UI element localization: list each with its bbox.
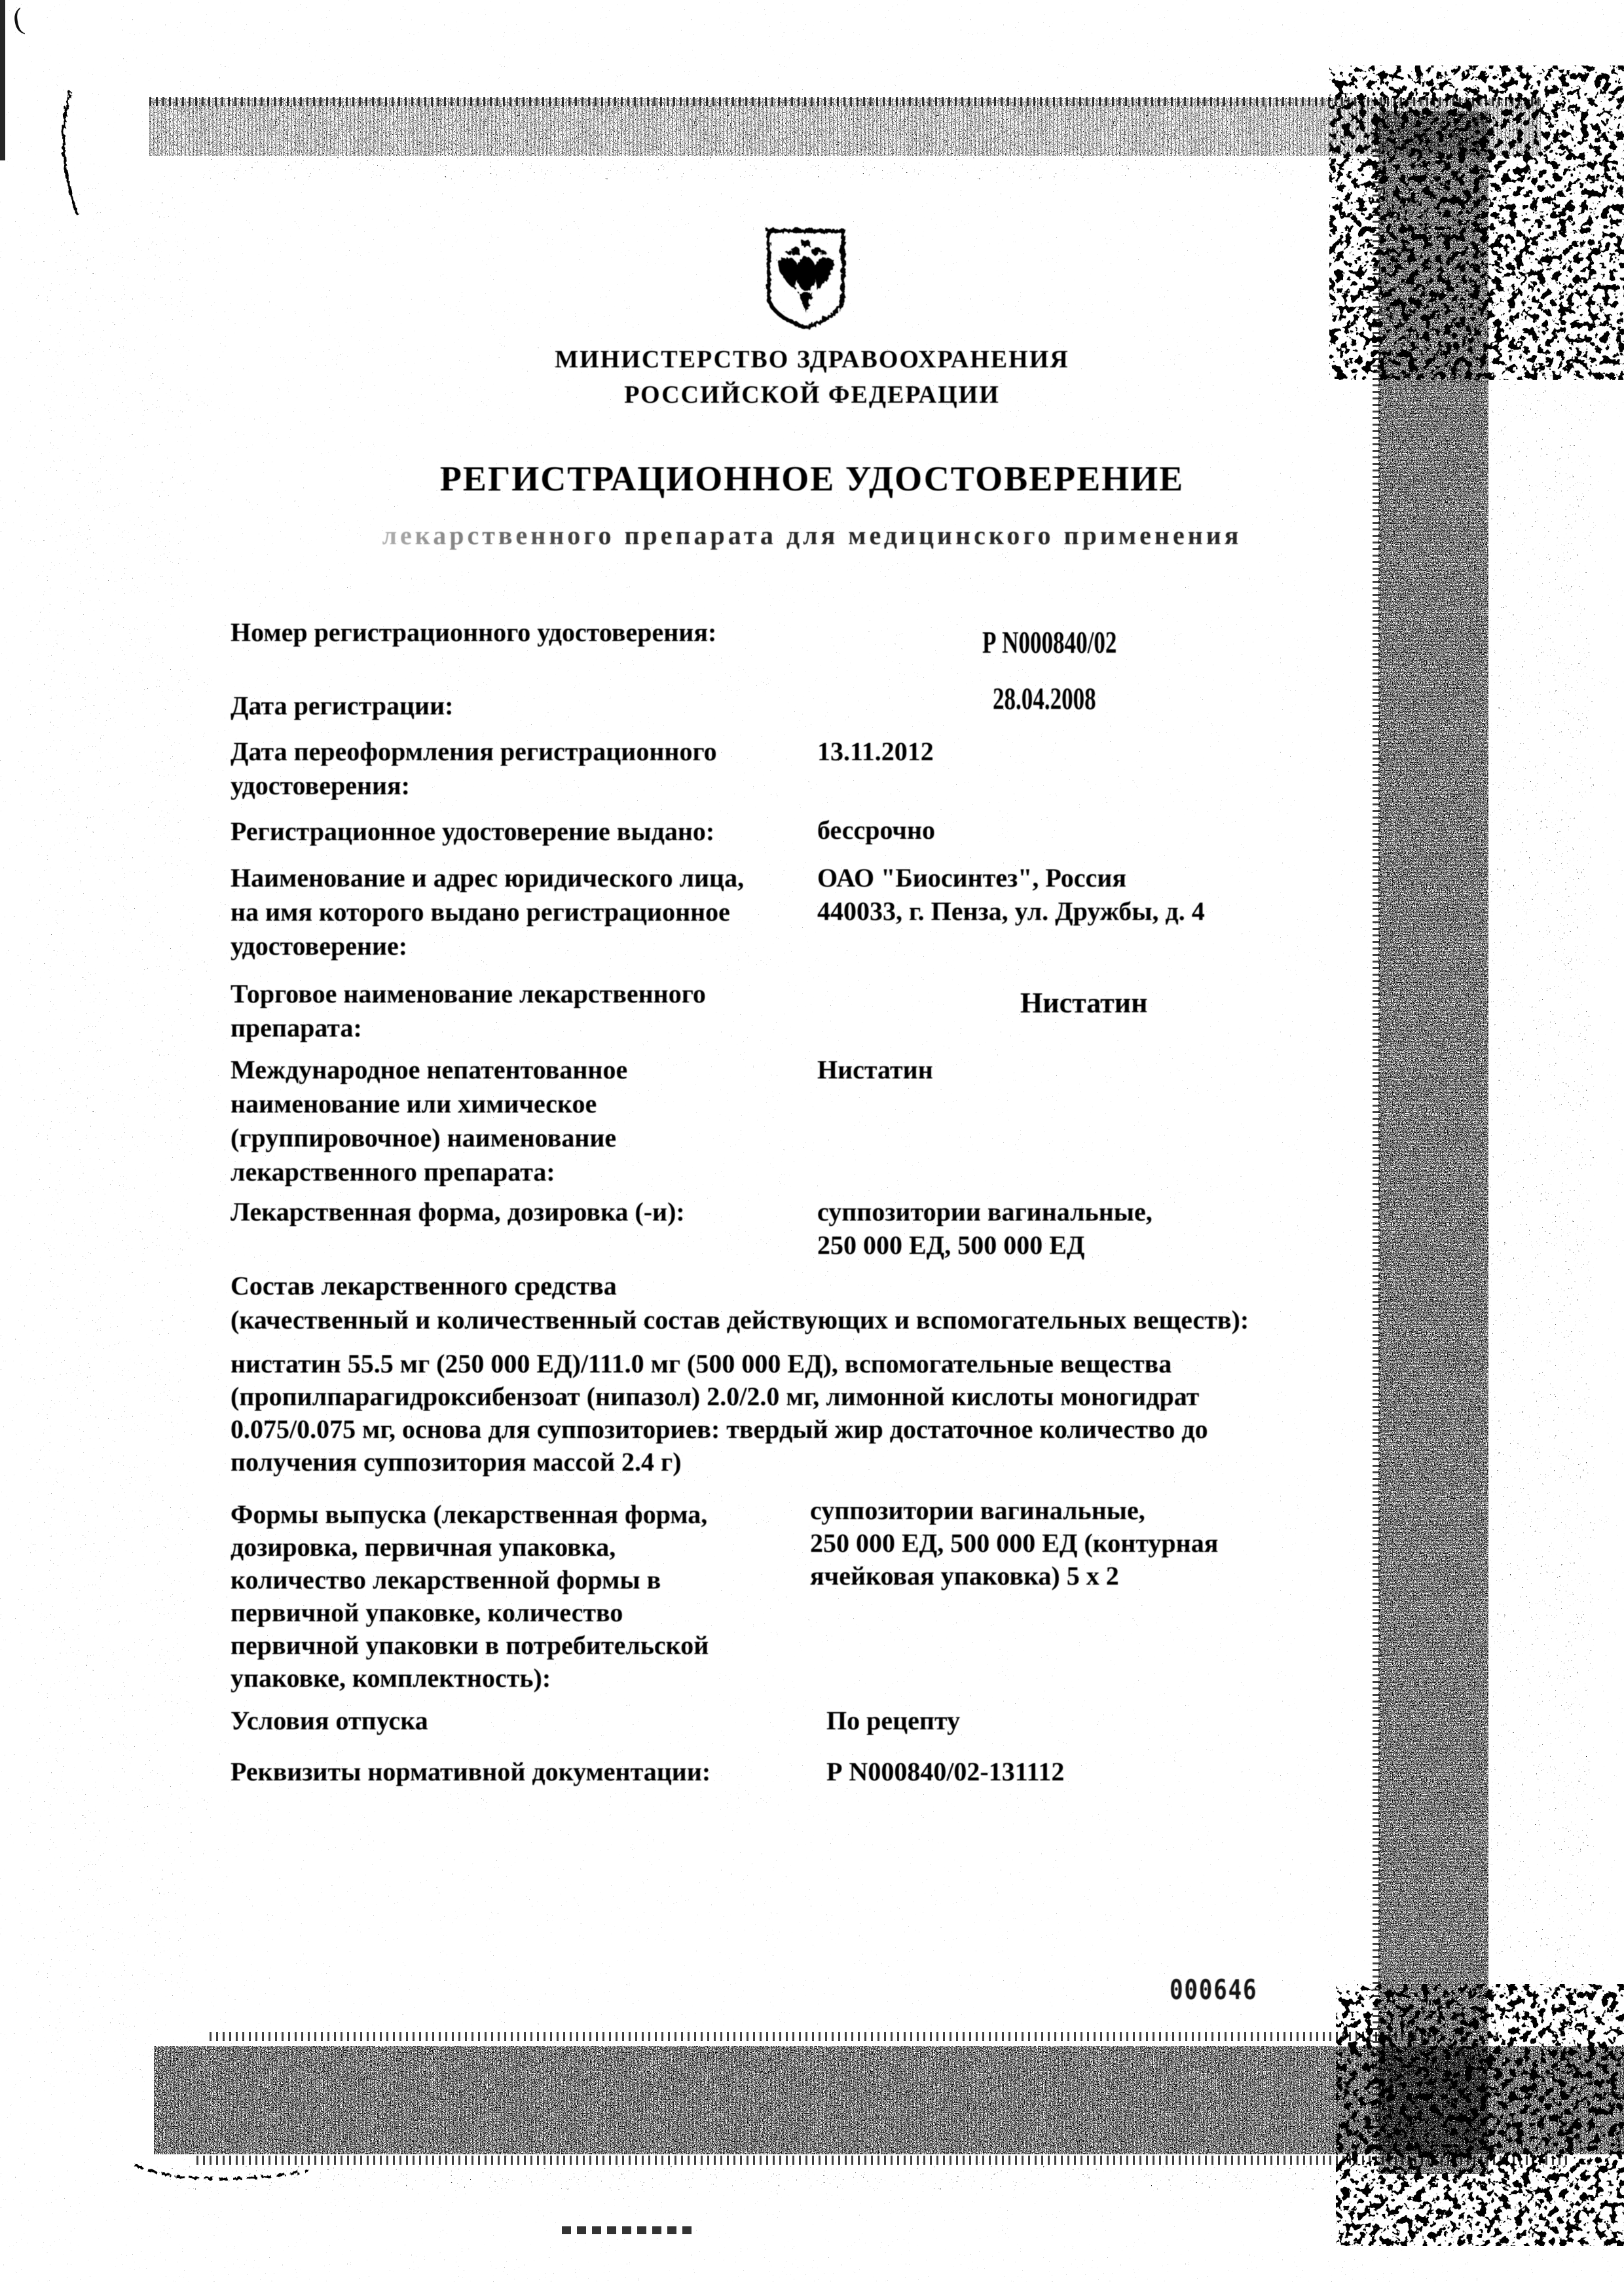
border-right-band bbox=[1378, 111, 1488, 2174]
border-bottom-band bbox=[154, 2046, 1624, 2154]
field-value-holder: ОАО "Биосинтез", Россия 440033, г. Пенза… bbox=[817, 861, 1407, 928]
composition-body: нистатин 55.5 мг (250 000 ЕД)/111.0 мг (… bbox=[231, 1348, 1344, 1479]
border-bottom-fringe-bottom bbox=[196, 2156, 1572, 2165]
field-value-dosage-form: суппозитории вагинальные, 250 000 ЕД, 50… bbox=[817, 1195, 1407, 1262]
field-value-reg-date: 28.04.2008 bbox=[993, 682, 1327, 716]
serial-number: 000646 bbox=[1170, 1974, 1257, 2006]
field-label-reissue-date: Дата переоформления регистрационного удо… bbox=[231, 735, 820, 803]
field-label-inn: Международное непатентованное наименован… bbox=[231, 1053, 820, 1189]
field-value-validity: бессрочно bbox=[817, 813, 1407, 847]
field-label-dosage-form: Лекарственная форма, дозировка (-и): bbox=[231, 1195, 820, 1229]
border-right-scatter bbox=[1490, 144, 1595, 2122]
field-label-reg-number: Номер регистрационного удостоверения: bbox=[231, 616, 820, 650]
border-right-fringe bbox=[1373, 124, 1380, 2148]
field-label-trade-name: Торговое наименование лекарственного пре… bbox=[231, 977, 820, 1045]
scan-edge-artifact bbox=[0, 0, 5, 160]
left-margin-speckle bbox=[29, 183, 193, 2082]
field-value-inn: Нистатин bbox=[817, 1053, 1407, 1086]
border-bottom-fringe-top bbox=[210, 2032, 1447, 2041]
field-value-reg-number: Р N000840/02 bbox=[982, 626, 1317, 659]
field-label-normative-docs: Реквизиты нормативной документации: bbox=[231, 1755, 820, 1789]
field-value-release-form: суппозитории вагинальные, 250 000 ЕД, 50… bbox=[810, 1494, 1399, 1592]
field-value-reissue-date: 13.11.2012 bbox=[817, 735, 1407, 768]
field-label-reg-date: Дата регистрации: bbox=[231, 689, 820, 723]
field-label-holder: Наименование и адрес юридического лица, … bbox=[231, 861, 820, 963]
scan-bottom-mark bbox=[562, 2226, 696, 2234]
scan-stray-mark: ( bbox=[10, 1, 26, 37]
field-value-dispensing: По рецепту bbox=[826, 1704, 1416, 1737]
scan-stray-curl bbox=[128, 2154, 318, 2194]
russia-coat-of-arms-icon bbox=[762, 225, 848, 330]
border-bottom-shadow bbox=[170, 2166, 1598, 2190]
composition-heading: Состав лекарственного средства (качестве… bbox=[231, 1269, 1344, 1337]
field-label-dispensing: Условия отпуска bbox=[231, 1704, 820, 1738]
border-top-shadow bbox=[210, 157, 1441, 179]
field-label-validity: Регистрационное удостоверение выдано: bbox=[231, 815, 820, 849]
field-value-normative-docs: Р N000840/02-131112 bbox=[826, 1755, 1416, 1788]
field-label-release-form: Формы выпуска (лекарственная форма, дози… bbox=[231, 1498, 820, 1695]
